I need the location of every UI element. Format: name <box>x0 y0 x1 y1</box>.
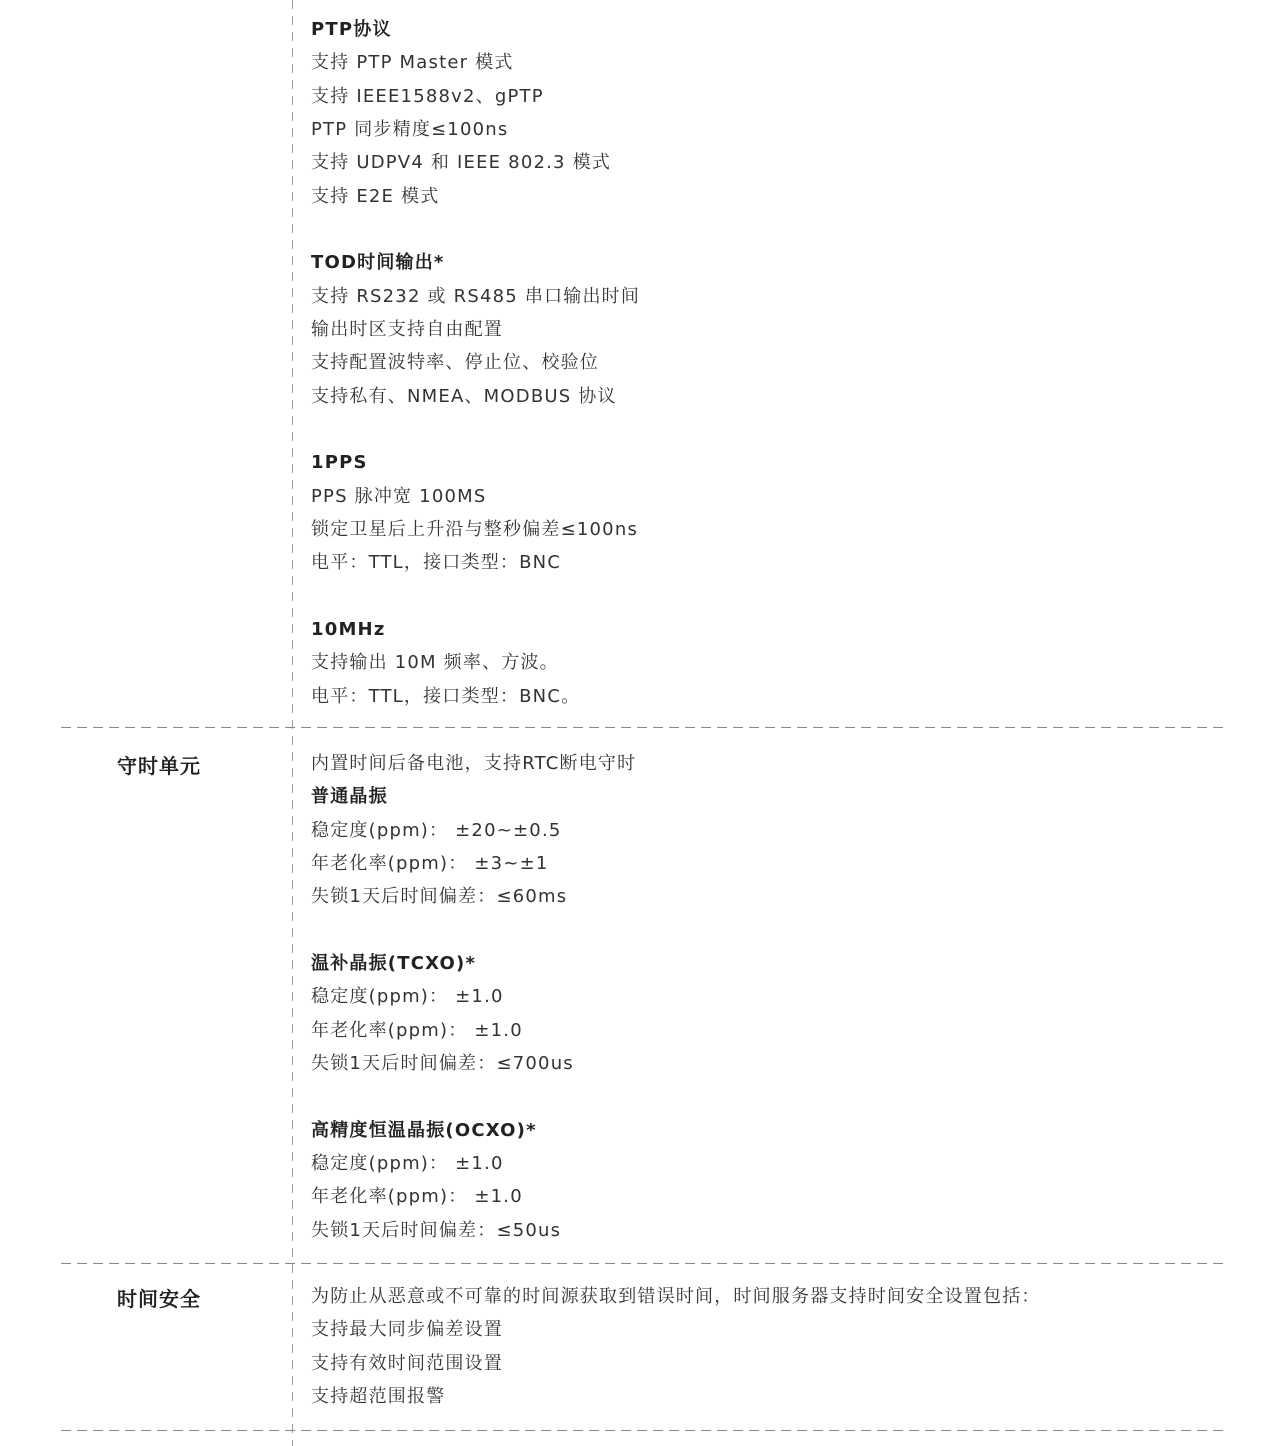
column-divider <box>292 0 293 1446</box>
spec-line: 支持 RS232 或 RS485 串口输出时间 <box>311 280 640 313</box>
spec-line: 支持 IEEE1588v2、gPTP <box>311 80 640 113</box>
output-spec-block: PTP协议 支持 PTP Master 模式 支持 IEEE1588v2、gPT… <box>311 13 640 713</box>
group-title-tod: TOD时间输出* <box>311 246 640 279</box>
spec-line: PTP 同步精度≤100ns <box>311 113 640 146</box>
spec-line: 失锁1天后时间偏差：≤50us <box>311 1214 636 1247</box>
spec-line: 支持超范围报警 <box>311 1380 1041 1413</box>
group-title-xo: 普通晶振 <box>311 780 636 813</box>
spec-line: 输出时区支持自由配置 <box>311 313 640 346</box>
spec-line: 失锁1天后时间偏差：≤700us <box>311 1047 636 1080</box>
row-divider <box>61 727 1225 728</box>
spec-line: 锁定卫星后上升沿与整秒偏差≤100ns <box>311 513 640 546</box>
row-divider <box>61 1430 1225 1431</box>
spec-line: 年老化率(ppm)： ±1.0 <box>311 1180 636 1213</box>
spec-intro: 内置时间后备电池，支持RTC断电守时 <box>311 747 636 780</box>
spec-line: 电平：TTL，接口类型：BNC <box>311 546 640 579</box>
spec-line: 电平：TTL，接口类型：BNC。 <box>311 680 640 713</box>
spec-line: 支持私有、NMEA、MODBUS 协议 <box>311 380 640 413</box>
spec-line: 为防止从恶意或不可靠的时间源获取到错误时间，时间服务器支持时间安全设置包括： <box>311 1280 1041 1313</box>
security-spec-block: 为防止从恶意或不可靠的时间源获取到错误时间，时间服务器支持时间安全设置包括： 支… <box>311 1280 1041 1413</box>
group-title-tcxo: 温补晶振(TCXO)* <box>311 947 636 980</box>
spec-line: 支持 E2E 模式 <box>311 180 640 213</box>
spec-line: 支持输出 10M 频率、方波。 <box>311 646 640 679</box>
spec-line: 年老化率(ppm)： ±1.0 <box>311 1014 636 1047</box>
group-title-ptp: PTP协议 <box>311 13 640 46</box>
spec-line: PPS 脉冲宽 100MS <box>311 480 640 513</box>
spec-line: 失锁1天后时间偏差：≤60ms <box>311 880 636 913</box>
group-title-10mhz: 10MHz <box>311 613 640 646</box>
spec-line: 稳定度(ppm)： ±1.0 <box>311 980 636 1013</box>
spec-line: 支持配置波特率、停止位、校验位 <box>311 346 640 379</box>
spec-line: 支持 UDPV4 和 IEEE 802.3 模式 <box>311 146 640 179</box>
group-title-1pps: 1PPS <box>311 446 640 479</box>
section-label-security: 时间安全 <box>117 1283 277 1312</box>
row-divider <box>61 1263 1225 1264</box>
spec-line: 支持最大同步偏差设置 <box>311 1313 1041 1346</box>
holdover-spec-block: 内置时间后备电池，支持RTC断电守时 普通晶振 稳定度(ppm)： ±20~±0… <box>311 747 636 1247</box>
spec-line: 稳定度(ppm)： ±20~±0.5 <box>311 814 636 847</box>
spec-line: 支持有效时间范围设置 <box>311 1347 1041 1380</box>
spec-line: 年老化率(ppm)： ±3~±1 <box>311 847 636 880</box>
spec-line: 稳定度(ppm)： ±1.0 <box>311 1147 636 1180</box>
group-title-ocxo: 高精度恒温晶振(OCXO)* <box>311 1114 636 1147</box>
section-label-holdover: 守时单元 <box>117 750 277 779</box>
spec-line: 支持 PTP Master 模式 <box>311 46 640 79</box>
